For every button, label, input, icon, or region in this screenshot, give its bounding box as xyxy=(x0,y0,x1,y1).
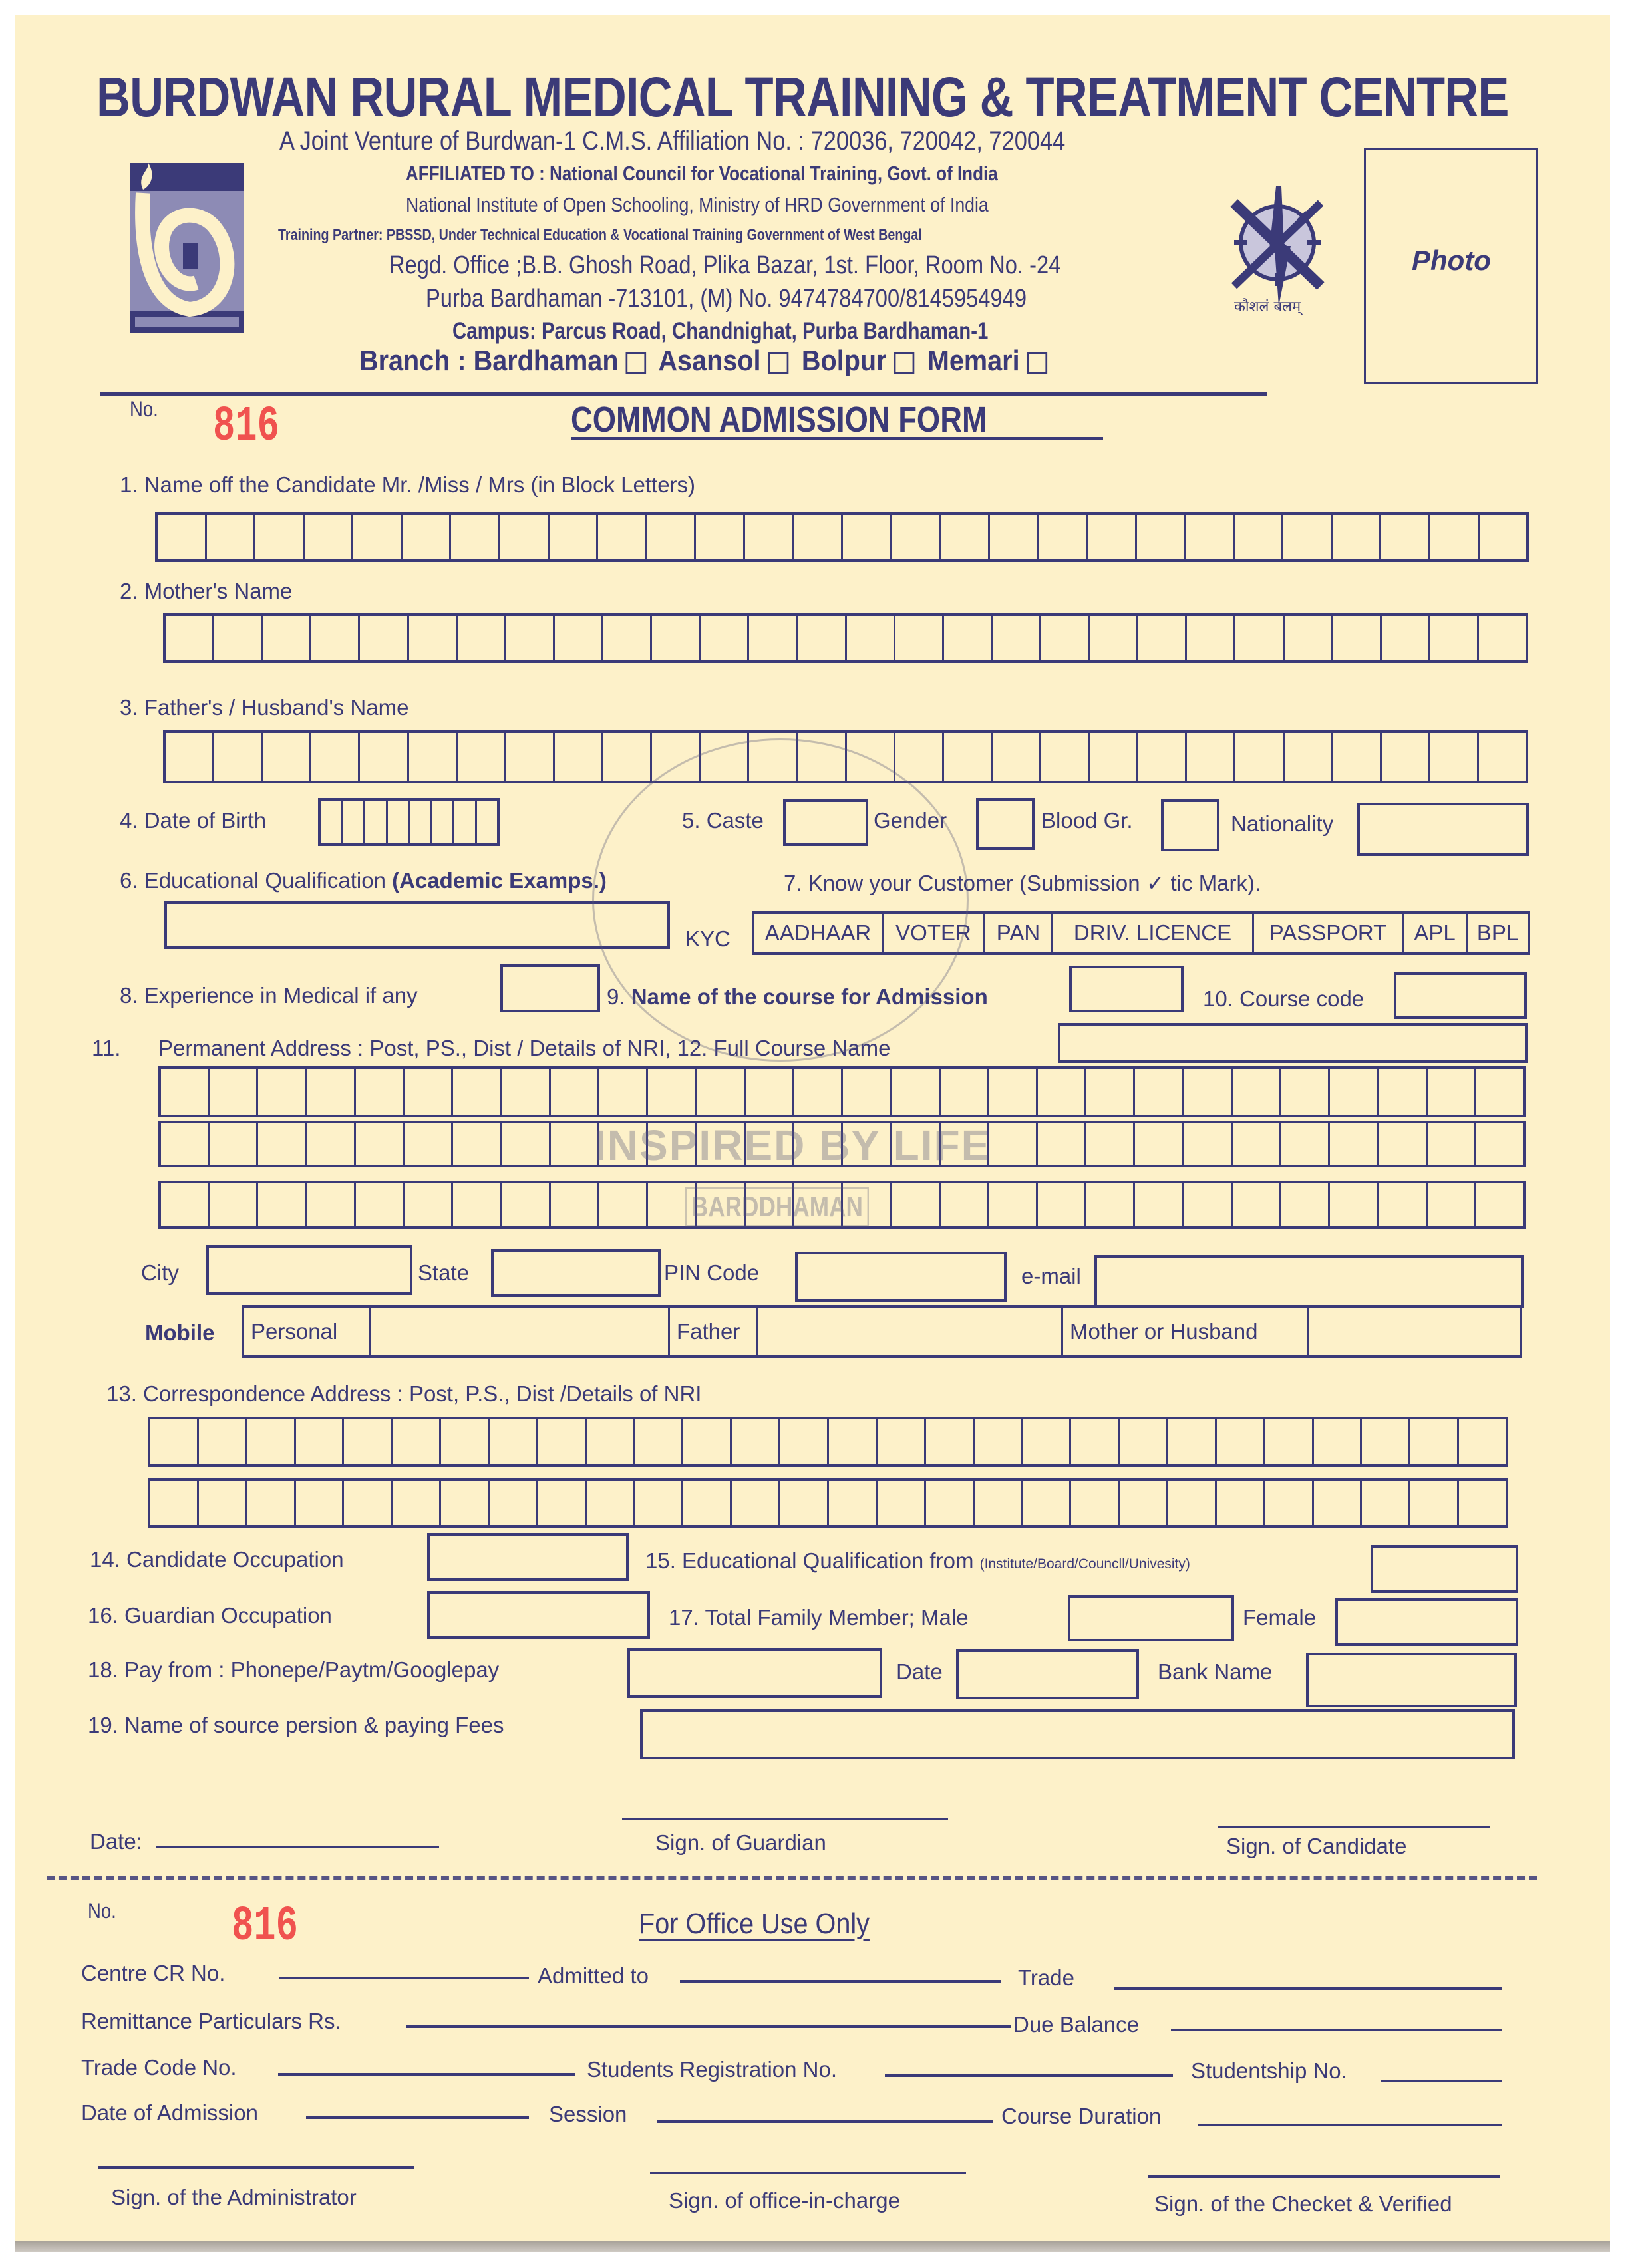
mobile-personal-label: Personal xyxy=(244,1308,371,1355)
mobile-label: Mobile xyxy=(145,1320,215,1346)
branch-bardhaman-label: Bardhaman xyxy=(474,345,619,377)
full-course-name-input[interactable] xyxy=(1058,1023,1528,1063)
branch-memari-checkbox[interactable] xyxy=(1027,352,1047,374)
q15-label-row: 15. Educational Qualification from (Inst… xyxy=(645,1548,1190,1574)
trade-code-label: Trade Code No. xyxy=(81,2055,237,2080)
ncvt-gear-tools-logo-icon xyxy=(1218,186,1337,306)
medical-experience-input[interactable] xyxy=(500,964,600,1012)
checker-signature-line[interactable] xyxy=(1148,2175,1500,2178)
students-registration-field[interactable] xyxy=(885,2074,1173,2077)
form-no-label: No. xyxy=(130,397,158,422)
course-for-admission-input[interactable] xyxy=(1069,966,1184,1012)
q2-label: 2. Mother's Name xyxy=(120,579,292,604)
q8-label: 8. Experience in Medical if any xyxy=(120,983,418,1008)
branch-row: Branch : Bardhaman Asansol Bolpur Memari xyxy=(359,345,1053,378)
studentship-label: Studentship No. xyxy=(1191,2058,1347,2084)
stamp-place: BARDDHAMAN xyxy=(685,1187,869,1227)
trade-code-field[interactable] xyxy=(278,2073,575,2076)
office-serial-number: 816 xyxy=(232,1899,298,1955)
mobile-numbers-table: Personal Father Mother or Husband xyxy=(242,1305,1522,1358)
ncvt-logo-caption: कौशलं बलम् xyxy=(1234,296,1301,316)
q16-label: 16. Guardian Occupation xyxy=(88,1603,332,1628)
q17-label: 17. Total Family Member; Male xyxy=(669,1605,969,1630)
payment-date-label: Date xyxy=(896,1659,943,1685)
regd-office-line: Regd. Office ;B.B. Ghosh Road, Plika Baz… xyxy=(389,251,1060,280)
date-of-birth-input[interactable] xyxy=(318,798,500,846)
branch-memari-label: Memari xyxy=(927,345,1020,377)
q18-label: 18. Pay from : Phonepe/Paytm/Googlepay xyxy=(88,1657,499,1683)
q11-number: 11. xyxy=(92,1036,120,1061)
form-heading: COMMON ADMISSION FORM xyxy=(571,399,987,440)
sign-guardian-label: Sign. of Guardian xyxy=(655,1830,826,1856)
family-male-count-input[interactable] xyxy=(1068,1595,1234,1641)
nios-line: National Institute of Open Schooling, Mi… xyxy=(406,193,989,217)
kyc-driving-licence-option[interactable]: DRIV. LICENCE xyxy=(1053,914,1254,952)
due-balance-label: Due Balance xyxy=(1013,2012,1139,2037)
photo-label: Photo xyxy=(1412,245,1491,277)
permanent-address-line-1[interactable] xyxy=(158,1066,1526,1117)
mobile-personal-input[interactable] xyxy=(371,1308,670,1355)
office-no-label: No. xyxy=(88,1899,116,1923)
q10-label: 10. Course code xyxy=(1203,986,1364,1012)
form-serial-number: 816 xyxy=(213,399,279,455)
admitted-to-field[interactable] xyxy=(680,1980,1001,1983)
q13-label: 13. Correspondence Address : Post, P.S.,… xyxy=(106,1381,701,1407)
q19-label: 19. Name of source persion & paying Fees xyxy=(88,1713,504,1738)
correspondence-address-line-2[interactable] xyxy=(148,1478,1508,1528)
kyc-pan-option[interactable]: PAN xyxy=(985,914,1053,952)
q15-small-label: (Institute/Board/Councll/Univesity) xyxy=(980,1556,1190,1572)
mobile-father-label: Father xyxy=(670,1308,758,1355)
branch-asansol-checkbox[interactable] xyxy=(768,352,788,374)
due-balance-field[interactable] xyxy=(1171,2029,1502,2031)
mothers-name-input[interactable] xyxy=(163,613,1528,663)
institute-seal-stamp xyxy=(592,738,969,1062)
centre-cr-label: Centre CR No. xyxy=(81,1961,225,1986)
candidate-name-input[interactable] xyxy=(155,512,1529,562)
admitted-to-label: Admitted to xyxy=(538,1963,649,1989)
candidate-occupation-input[interactable] xyxy=(427,1533,629,1581)
paper-shadow xyxy=(15,2241,1610,2252)
correspondence-address-line-1[interactable] xyxy=(148,1417,1508,1467)
office-in-charge-signature-line[interactable] xyxy=(650,2172,966,2174)
nationality-label: Nationality xyxy=(1231,811,1333,837)
date-label: Date: xyxy=(90,1829,142,1854)
bank-name-label: Bank Name xyxy=(1158,1659,1272,1685)
gender-input[interactable] xyxy=(976,798,1035,850)
qualification-from-input[interactable] xyxy=(1371,1545,1518,1593)
guardian-signature-line[interactable] xyxy=(622,1818,948,1820)
course-duration-field[interactable] xyxy=(1198,2124,1502,2126)
trade-field[interactable] xyxy=(1114,1987,1502,1990)
contact-line: Purba Bardhaman -713101, (M) No. 9474784… xyxy=(426,285,1027,313)
training-partner-line: Training Partner: PBSSD, Under Technical… xyxy=(278,226,922,245)
q1-label: 1. Name off the Candidate Mr. /Miss / Mr… xyxy=(120,472,695,497)
city-label: City xyxy=(141,1260,179,1286)
mobile-mother-husband-label: Mother or Husband xyxy=(1063,1308,1309,1355)
joint-venture-line: A Joint Venture of Burdwan-1 C.M.S. Affi… xyxy=(279,126,1065,156)
remittance-label: Remittance Particulars Rs. xyxy=(81,2009,341,2034)
nios-logo-icon xyxy=(130,163,244,333)
session-field[interactable] xyxy=(657,2120,993,2123)
mobile-father-input[interactable] xyxy=(758,1308,1063,1355)
state-input[interactable] xyxy=(491,1249,661,1297)
session-label: Session xyxy=(549,2102,627,2127)
payment-date-input[interactable] xyxy=(956,1649,1139,1699)
remittance-field[interactable] xyxy=(406,2025,1011,2028)
branch-bolpur-label: Bolpur xyxy=(802,345,887,377)
sign-checker-label: Sign. of the Checket & Verified xyxy=(1154,2192,1452,2217)
city-input[interactable] xyxy=(206,1245,412,1295)
course-duration-label: Course Duration xyxy=(1001,2104,1161,2129)
q6-label: 6. Educational Qualification xyxy=(120,868,386,893)
branch-bardhaman-checkbox[interactable] xyxy=(625,352,646,374)
blood-group-input[interactable] xyxy=(1161,799,1219,851)
email-input[interactable] xyxy=(1094,1255,1524,1308)
branch-asansol-label: Asansol xyxy=(658,345,760,377)
state-label: State xyxy=(418,1260,469,1286)
pin-code-input[interactable] xyxy=(795,1252,1007,1302)
date-of-admission-label: Date of Admission xyxy=(81,2100,258,2126)
branch-label: Branch : xyxy=(359,345,466,377)
trade-label: Trade xyxy=(1018,1965,1074,1991)
students-registration-label: Students Registration No. xyxy=(587,2057,837,2082)
female-label: Female xyxy=(1243,1605,1316,1630)
bank-name-input[interactable] xyxy=(1306,1653,1517,1707)
q15-label: 15. Educational Qualification from xyxy=(645,1548,973,1573)
payment-method-input[interactable] xyxy=(627,1648,882,1698)
affiliated-line: AFFILIATED TO : National Council for Voc… xyxy=(406,162,998,186)
sign-administrator-label: Sign. of the Administrator xyxy=(111,2185,357,2210)
kyc-bpl-option[interactable]: BPL xyxy=(1468,914,1528,952)
perforation-tear-line xyxy=(47,1876,1537,1884)
pin-code-label: PIN Code xyxy=(664,1260,759,1286)
q6-label-row: 6. Educational Qualification (Academic E… xyxy=(120,868,607,893)
studentship-field[interactable] xyxy=(1381,2080,1502,2082)
date-of-admission-field[interactable] xyxy=(306,2116,529,2119)
mobile-mother-husband-input[interactable] xyxy=(1309,1308,1520,1355)
sign-office-in-charge-label: Sign. of office-in-charge xyxy=(669,2188,900,2213)
administrator-signature-line[interactable] xyxy=(98,2166,414,2169)
guardian-occupation-input[interactable] xyxy=(427,1591,650,1639)
course-code-input[interactable] xyxy=(1394,972,1527,1019)
family-female-count-input[interactable] xyxy=(1335,1598,1518,1646)
blood-group-label: Blood Gr. xyxy=(1041,808,1133,833)
institute-title: BURDWAN RURAL MEDICAL TRAINING & TREATME… xyxy=(96,65,1509,130)
source-person-fees-input[interactable] xyxy=(640,1709,1515,1759)
office-use-heading: For Office Use Only xyxy=(639,1908,870,1941)
kyc-apl-option[interactable]: APL xyxy=(1404,914,1468,952)
email-label: e-mail xyxy=(1021,1264,1081,1289)
nationality-input[interactable] xyxy=(1357,803,1529,856)
q14-label: 14. Candidate Occupation xyxy=(90,1547,344,1572)
form-heading-underline xyxy=(571,437,1103,440)
centre-cr-field[interactable] xyxy=(279,1977,529,1979)
stamp-motto: INSPIRED BY LIFE xyxy=(594,1121,991,1170)
kyc-passport-option[interactable]: PASSPORT xyxy=(1254,914,1404,952)
q3-label: 3. Father's / Husband's Name xyxy=(120,695,408,720)
sign-candidate-label: Sign. of Candidate xyxy=(1226,1834,1407,1859)
candidate-signature-line[interactable] xyxy=(1218,1826,1490,1828)
header-divider xyxy=(100,392,1267,396)
q4-label: 4. Date of Birth xyxy=(120,808,266,833)
q6-bold-label: (Academic Examps.) xyxy=(392,868,607,893)
branch-bolpur-checkbox[interactable] xyxy=(894,352,914,374)
date-signature-line[interactable] xyxy=(156,1846,439,1848)
campus-line: Campus: Parcus Road, Chandnighat, Purba … xyxy=(452,318,988,345)
